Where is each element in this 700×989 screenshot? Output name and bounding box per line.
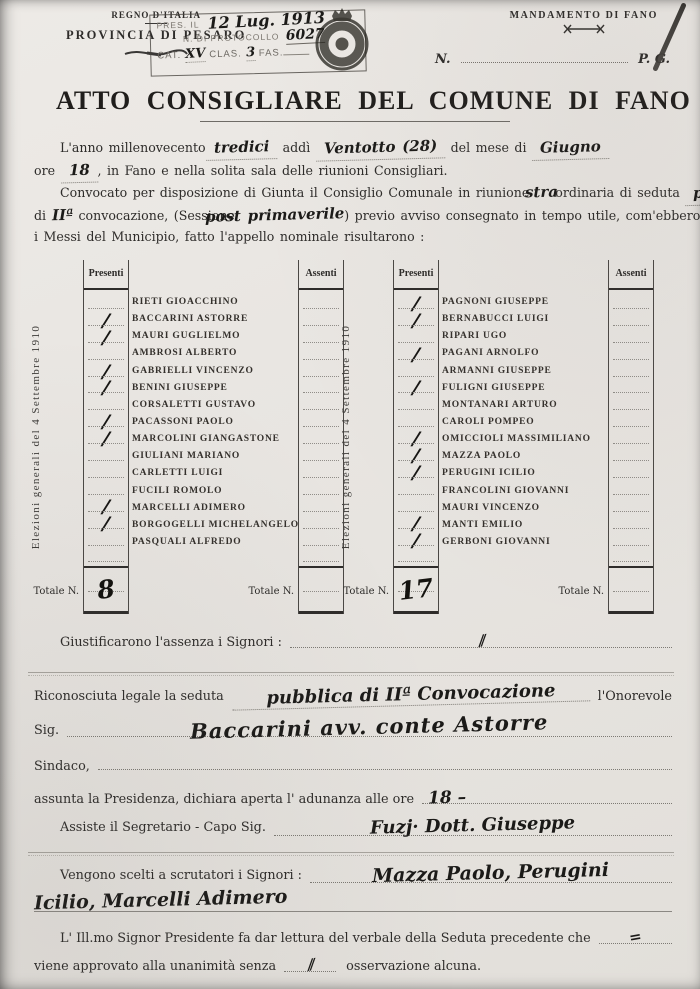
- roll-call-left-half: Elezioni generali del 4 Settembre 1910 P…: [26, 260, 346, 614]
- councilor-name: PERUGINI ICILIO: [442, 465, 591, 482]
- absence-slot: [609, 515, 653, 532]
- sindaco-line: Sindaco,: [34, 754, 672, 774]
- ora-blank: 18 –: [422, 788, 672, 804]
- print-text: Sig.: [34, 723, 59, 738]
- absence-slot: [609, 380, 653, 397]
- councilor-name: CORSALETTI GUSTAVO: [132, 397, 299, 414]
- intro-line-3: Convocato per disposizione di Giunta il …: [34, 182, 674, 205]
- totale-label: Totale N.: [518, 586, 604, 597]
- stamp-fas-label: FAS.: [259, 47, 284, 59]
- minutes-body: Giustificarono l'assenza i Signori : ⫽ R…: [34, 632, 672, 974]
- councilor-name: GIULIANI MARIANO: [132, 448, 299, 465]
- print-text: L' Ill.mo Signor Presidente fa dar lettu…: [60, 931, 591, 946]
- mandamento-block: MANDAMENTO DI FANO: [510, 10, 658, 37]
- presence-slot: ∕: [394, 464, 438, 481]
- handwritten-total: 17: [392, 565, 441, 613]
- print-text: Sindaco,: [34, 759, 90, 774]
- handwritten-seduta-type: pubblica di IIª Convocazione: [232, 679, 590, 710]
- absence-slot: [609, 464, 653, 481]
- giustificarono-line: Giustificarono l'assenza i Signori : ⫽: [34, 632, 672, 650]
- roll-call-table: Elezioni generali del 4 Settembre 1910 P…: [0, 260, 700, 614]
- councilor-names-left: RIETI GIOACCHINO BACCARINI ASTORRE MAURI…: [132, 294, 299, 551]
- handwritten-total: [607, 565, 656, 613]
- absence-slot-empty: [609, 549, 653, 566]
- councilor-name: GERBONI GIOVANNI: [442, 534, 591, 551]
- councilor-name: CAROLI POMPEO: [442, 414, 591, 431]
- print-text: , in Fano e nella solita sala delle riun…: [97, 163, 447, 178]
- absence-slot: [609, 363, 653, 380]
- presence-slot: [394, 481, 438, 498]
- absence-slot: [609, 329, 653, 346]
- print-text: Giustificarono l'assenza i Signori :: [60, 635, 282, 650]
- councilor-name: MAZZA PAOLO: [442, 448, 591, 465]
- n-label: N.: [435, 52, 451, 67]
- councilor-name: FRANCOLINI GIOVANNI: [442, 483, 591, 500]
- intro-line-1: L'anno millenovecentotredici addì Ventot…: [34, 137, 674, 160]
- segretario-blank: Fuzj· Dott. Giuseppe: [274, 815, 672, 836]
- councilor-name: FUCILI ROMOLO: [132, 483, 299, 500]
- handwritten-dash-mark: ⫽: [305, 956, 315, 975]
- handwritten-total: [297, 565, 346, 613]
- presence-slot: ∕: [394, 532, 438, 549]
- assenti-column-right: Assenti: [608, 260, 654, 614]
- n-blank-field: [461, 50, 629, 63]
- stamp-clas-label: CLAS.: [209, 48, 242, 60]
- intro-paragraph: L'anno millenovecentotredici addì Ventot…: [34, 137, 674, 248]
- absence-slot: [609, 396, 653, 413]
- councilor-name: BENINI GIUSEPPE: [132, 380, 299, 397]
- handwritten-scrutatori-1: Mazza Paolo, Perugini: [372, 859, 609, 887]
- stamp-protocollo-label: N. DI PROTOCOLLO: [183, 31, 280, 43]
- che-blank: =: [599, 928, 672, 944]
- presenti-total-cell: 17: [394, 566, 438, 614]
- print-text: addì: [283, 140, 311, 155]
- handwritten-convocazione-ordinal: IIª: [51, 205, 73, 227]
- scrutatori-blank: Mazza Paolo, Perugini: [310, 862, 672, 883]
- presence-slot: ∕: [84, 430, 128, 447]
- handwritten-dash-mark: =: [628, 927, 644, 947]
- handwritten-scrutatori-2: Icilio, Marcelli Adimero: [34, 886, 288, 915]
- councilor-name: MARCELLI ADIMERO: [132, 500, 299, 517]
- assunta-line: assunta la Presidenza, dichiara aperta l…: [34, 788, 672, 807]
- councilor-name: OMICCIOLI MASSIMILIANO: [442, 431, 591, 448]
- handwritten-total: 8: [82, 565, 131, 613]
- councilor-name: MONTANARI ARTURO: [442, 397, 591, 414]
- print-text: di: [34, 208, 46, 223]
- presence-slot: ∕: [84, 515, 128, 532]
- print-text: Riconosciuta legale la seduta: [34, 689, 224, 704]
- councilor-name: PACASSONI PAOLO: [132, 414, 299, 431]
- councilor-name: BORGOGELLI MICHELANGELO: [132, 517, 299, 534]
- sindaco-blank: [98, 754, 672, 770]
- assenti-header: Assenti: [609, 260, 653, 290]
- document-header: REGNO D'ITALIA PROVINCIA DI PESARO PRES.…: [0, 0, 700, 84]
- councilor-name: MAURI VINCENZO: [442, 500, 591, 517]
- election-side-label: Elezioni generali del 4 Settembre 1910: [30, 325, 42, 550]
- viene-line: viene approvato alla unanimità senza ⫽ o…: [34, 956, 672, 974]
- print-text: Vengono scelti a scrutatori i Signori :: [60, 868, 302, 883]
- handwritten-year: tredici: [205, 136, 277, 160]
- print-text: ore: [34, 163, 55, 178]
- print-text: del mese di: [451, 140, 527, 155]
- presence-slot: ∕: [84, 329, 128, 346]
- absence-slot: [609, 498, 653, 515]
- intro-line-2: ore 18, in Fano e nella solita sala dell…: [34, 160, 674, 183]
- print-text: L'anno millenovecento: [60, 140, 206, 155]
- presenti-header: Presenti: [84, 260, 128, 290]
- stamp-clas-value: 3: [245, 45, 255, 61]
- absence-slot: [609, 447, 653, 464]
- handwritten-segretario-name: Fuzj· Dott. Giuseppe: [370, 812, 576, 838]
- councilor-name: PAGNONI GIUSEPPE: [442, 294, 591, 311]
- scrutatori-line-2: Icilio, Marcelli Adimero: [34, 889, 672, 912]
- presenti-header: Presenti: [394, 260, 438, 290]
- presenti-total-cell: 8: [84, 566, 128, 614]
- handwritten-day: Ventotto (28): [315, 135, 445, 161]
- municipal-seal-icon: [312, 6, 372, 72]
- absence-slot: [609, 481, 653, 498]
- councilor-name: FULIGNI GIUSEPPE: [442, 380, 591, 397]
- print-text: ordinaria di seduta: [555, 185, 680, 200]
- stamp-cat-label: CAT.: [157, 50, 181, 62]
- riconosciuta-line: Riconosciuta legale la seduta pubblica d…: [34, 684, 672, 706]
- sindaco-name-line: Sig. Baccarini avv. conte Astorre: [34, 714, 672, 738]
- assenti-total-cell: [609, 566, 653, 614]
- councilor-name: PASQUALI ALFREDO: [132, 534, 299, 551]
- councilor-name: ARMANNI GIUSEPPE: [442, 363, 591, 380]
- presence-slot: ∕: [394, 380, 438, 397]
- horizontal-rule: [28, 672, 674, 676]
- handwritten-ora: 18 –: [428, 787, 467, 808]
- absence-slot: [609, 413, 653, 430]
- handwritten-month: Giugno: [532, 136, 609, 161]
- handwritten-sindaco-name: Baccarini avv. conte Astorre: [190, 709, 549, 743]
- stamp-pres-label: PRES. IL: [156, 19, 199, 30]
- roll-call-right-half: Elezioni generali del 4 Settembre 1910 P…: [336, 260, 656, 614]
- presence-slot: [394, 396, 438, 413]
- title-underline: [200, 121, 510, 122]
- print-text: Convocato per disposizione di Giunta il …: [60, 185, 529, 200]
- presence-slot: [84, 464, 128, 481]
- totale-label: Totale N.: [208, 586, 294, 597]
- divider-ornament-icon: [562, 24, 606, 34]
- assiste-line: Assiste il Segretario - Capo Sig. Fuzj· …: [34, 815, 672, 836]
- presence-slot: [84, 532, 128, 549]
- handwritten-stra: stra: [525, 182, 559, 204]
- councilor-name: AMBROSI ALBERTO: [132, 345, 299, 362]
- handwritten-hour: 18: [60, 159, 97, 183]
- presence-slot: ∕: [394, 346, 438, 363]
- print-text: l'Onorevole: [598, 689, 672, 704]
- councilor-name: BERNABUCCI LUIGI: [442, 311, 591, 328]
- mandamento-label: MANDAMENTO DI FANO: [510, 10, 658, 21]
- presence-slot-empty: [84, 549, 128, 566]
- intro-line-5: i Messi del Municipio, fatto l'appello n…: [34, 226, 674, 248]
- intro-line-4: di IIª convocazione, (Sessionepost prima…: [34, 205, 674, 227]
- presenti-column-right: Presenti ∕ ∕ ∕ ∕ ∕ ∕ ∕ ∕ ∕ 17: [393, 260, 439, 614]
- print-text: assunta la Presidenza, dichiara aperta l…: [34, 792, 414, 807]
- stamp-cat-value: XV: [185, 46, 206, 63]
- totale-label: Totale N.: [26, 586, 79, 597]
- councilor-name: RIETI GIOACCHINO: [132, 294, 299, 311]
- print-text: ) previo avviso consegnato in tempo util…: [344, 208, 700, 223]
- reference-number-row: N. P. G.: [435, 50, 670, 67]
- councilor-name: MANTI EMILIO: [442, 517, 591, 534]
- scrutatori-line-1: Vengono scelti a scrutatori i Signori : …: [34, 862, 672, 883]
- absence-slot: [609, 532, 653, 549]
- councilor-names-right: PAGNONI GIUSEPPE BERNABUCCI LUIGI RIPARI…: [442, 294, 591, 551]
- presenti-column-left: Presenti ∕ ∕ ∕ ∕ ∕ ∕ ∕ ∕ 8: [83, 260, 129, 614]
- horizontal-rule: [28, 852, 674, 856]
- assenti-total-cell: [299, 566, 343, 614]
- election-side-label: Elezioni generali del 4 Settembre 1910: [340, 325, 352, 550]
- councilor-name: MARCOLINI GIANGASTONE: [132, 431, 299, 448]
- scrutatori-blank-2: Icilio, Marcelli Adimero: [34, 889, 672, 912]
- councilor-name: MAURI GUGLIELMO: [132, 328, 299, 345]
- presence-slot: ∕: [394, 312, 438, 329]
- handwritten-pubblica: pubblica: [685, 181, 700, 206]
- illmo-line: L' Ill.mo Signor Presidente fa dar lettu…: [34, 928, 672, 946]
- print-text: Assiste il Segretario - Capo Sig.: [60, 820, 266, 835]
- print-text: osservazione alcuna.: [346, 959, 481, 974]
- councilor-name: CARLETTI LUIGI: [132, 465, 299, 482]
- absence-slot: [609, 430, 653, 447]
- councilor-name: RIPARI UGO: [442, 328, 591, 345]
- print-text: viene approvato alla unanimità senza: [34, 959, 276, 974]
- presence-slot: ∕: [84, 380, 128, 397]
- councilor-name: PAGANI ARNOLFO: [442, 345, 591, 362]
- presence-slot: [84, 447, 128, 464]
- handwritten-dash-mark: ⫽: [476, 632, 486, 651]
- name-blank: Baccarini avv. conte Astorre: [67, 714, 672, 737]
- page-title: ATTO CONSIGLIARE DEL COMUNE DI FANO: [56, 86, 672, 116]
- absence-slot: [609, 312, 653, 329]
- stamp-fas-blank: [283, 54, 309, 56]
- absence-slot: [609, 346, 653, 363]
- absence-slot: [609, 295, 653, 312]
- presence-slot-empty: [394, 549, 438, 566]
- absence-justification-blank: ⫽: [290, 632, 672, 648]
- councilor-name: BACCARINI ASTORRE: [132, 311, 299, 328]
- councilor-name: GABRIELLI VINCENZO: [132, 363, 299, 380]
- senza-blank: ⫽: [284, 956, 336, 972]
- handwritten-sessione: post primaverile: [205, 203, 345, 228]
- scanned-document-page: REGNO D'ITALIA PROVINCIA DI PESARO PRES.…: [0, 0, 700, 989]
